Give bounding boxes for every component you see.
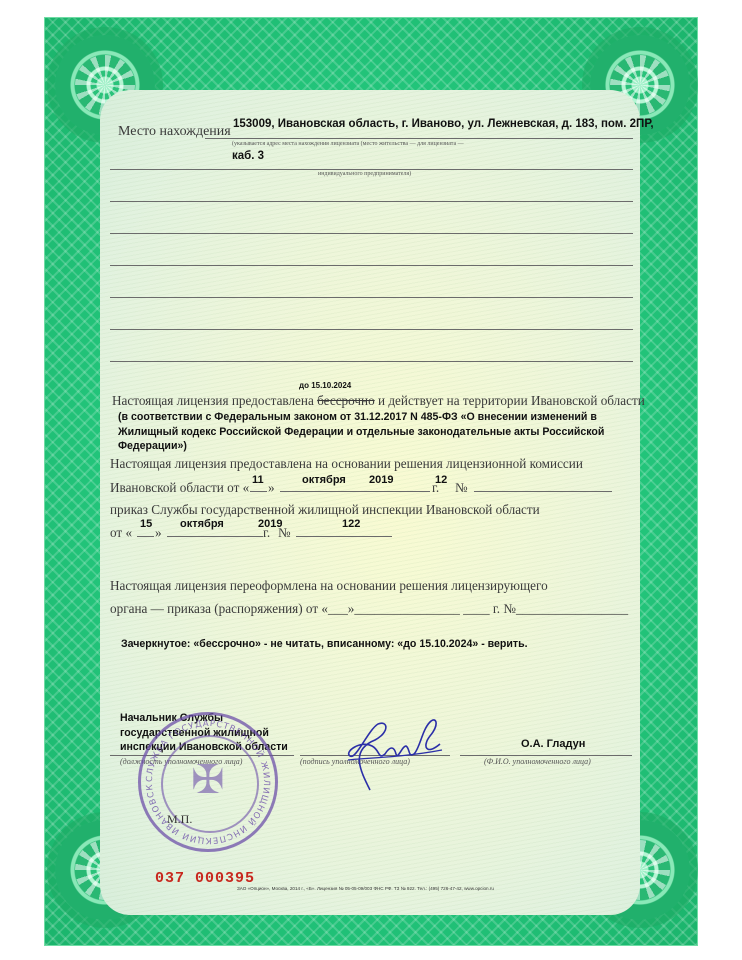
location-hint-line1: (указывается адрес места нахождения лице… bbox=[232, 141, 464, 147]
blank-rule bbox=[110, 361, 633, 362]
order-number: 122 bbox=[342, 518, 360, 530]
blank-rule bbox=[110, 265, 633, 266]
form-serial-number: 037 000395 bbox=[155, 870, 255, 887]
location-hint-line2: индивидуального предпринимателя) bbox=[318, 171, 411, 177]
validity-inserted-date: до 15.10.2024 bbox=[299, 381, 351, 390]
validity-sentence: Настоящая лицензия предоставлена бессроч… bbox=[112, 393, 645, 409]
quote-close: » bbox=[268, 480, 275, 496]
blank-rule bbox=[110, 233, 633, 234]
name-rule bbox=[460, 755, 632, 756]
order-from-label: от « bbox=[110, 525, 132, 541]
number-label: № bbox=[455, 480, 468, 496]
handwritten-signature bbox=[330, 710, 450, 800]
fill-rule bbox=[250, 491, 267, 492]
quote-close: » bbox=[155, 525, 162, 541]
seal-label: М.П. bbox=[167, 812, 192, 827]
location-address-line1: 153009, Ивановская область, г. Иваново, … bbox=[233, 118, 654, 130]
validity-law-reference: (в соответствии с Федеральным законом от… bbox=[118, 410, 638, 454]
reissue-line2: органа — приказа (распоряжения) от «___»… bbox=[110, 601, 628, 617]
basis-line2: Ивановской области от « bbox=[110, 480, 249, 496]
basis-line3: приказ Службы государственной жилищной и… bbox=[110, 502, 540, 518]
blank-rule bbox=[110, 201, 633, 202]
blank-rule bbox=[110, 329, 633, 330]
correction-note: Зачеркнутое: «бессрочно» - не читать, вп… bbox=[121, 638, 528, 650]
order-year: 2019 bbox=[258, 518, 282, 530]
fill-rule bbox=[137, 536, 154, 537]
double-headed-eagle-icon: ✠ bbox=[185, 755, 231, 805]
signatory-name: О.А. Гладун bbox=[521, 738, 585, 750]
printer-imprint: ЗАО «Опцион», Москва, 2014 г., «Б». Лице… bbox=[237, 886, 494, 891]
location-rule bbox=[110, 169, 633, 170]
order-month: октября bbox=[180, 518, 224, 530]
location-rule bbox=[205, 138, 633, 139]
commission-month: октября bbox=[302, 474, 346, 486]
basis-line1: Настоящая лицензия предоставлена на осно… bbox=[110, 456, 583, 472]
name-caption: (Ф.И.О. уполномоченного лица) bbox=[484, 757, 591, 766]
blank-rule bbox=[110, 297, 633, 298]
order-day: 15 bbox=[140, 518, 152, 530]
official-seal-stamp: СЛУЖБА ГОСУДАРСТВЕННОЙ ЖИЛИЩНОЙ ИНСПЕКЦИ… bbox=[138, 712, 278, 852]
fill-rule bbox=[474, 491, 612, 492]
fill-rule bbox=[296, 536, 392, 537]
commission-number: 12 bbox=[435, 474, 447, 486]
fill-rule bbox=[280, 491, 430, 492]
validity-prefix: Настоящая лицензия предоставлена bbox=[112, 393, 317, 408]
fill-rule bbox=[167, 536, 263, 537]
validity-suffix: и действует на территории Ивановской обл… bbox=[375, 393, 645, 408]
commission-day: 11 bbox=[252, 474, 264, 486]
validity-struck-word: бессрочно bbox=[317, 393, 375, 408]
location-address-line2: каб. 3 bbox=[232, 150, 264, 162]
commission-year: 2019 bbox=[369, 474, 393, 486]
reissue-line1: Настоящая лицензия переоформлена на осно… bbox=[110, 578, 548, 594]
